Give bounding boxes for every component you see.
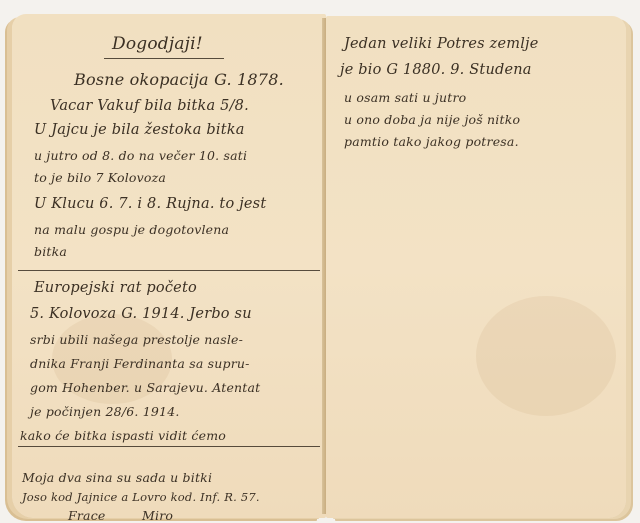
signature-name-2: Miro — [142, 508, 173, 523]
text-line: Vacar Vakuf bila bitka 5/8. — [50, 98, 249, 114]
text-line: U Klucu 6. 7. i 8. Rujna. to jest — [34, 196, 266, 212]
text-line: Jedan veliki Potres zemlje — [344, 36, 539, 52]
page-title: Dogodjaji! — [112, 34, 203, 54]
left-page: Dogodjaji! Bosne okopacija G. 1878. Vaca… — [12, 14, 326, 518]
paper-stain — [476, 296, 616, 416]
right-page: Jedan veliki Potres zemlje je bio G 1880… — [326, 16, 626, 518]
text-line: u ono doba ja nije još nitko — [344, 112, 520, 127]
title-underline — [104, 58, 224, 59]
notebook-spread: Dogodjaji! Bosne okopacija G. 1878. Vaca… — [4, 6, 636, 518]
text-line: Joso kod Jajnice a Lovro kod. Inf. R. 57… — [22, 490, 260, 504]
text-line: dnika Franji Ferdinanta sa supru- — [30, 356, 250, 371]
text-line: pamtio tako jakog potresa. — [344, 134, 519, 149]
text-line: U Jajcu je bila žestoka bitka — [34, 122, 245, 138]
text-line: 5. Kolovoza G. 1914. Jerbo su — [30, 306, 252, 322]
underlined-text-line: kako će bitka ispasti vidit ćemo — [20, 428, 226, 443]
text-line: u osam sati u jutro — [344, 90, 466, 105]
text-line: Moja dva sina su sada u bitki — [22, 470, 212, 485]
text-line: to je bilo 7 Kolovoza — [34, 170, 166, 185]
text-line: je bio G 1880. 9. Studena — [340, 62, 532, 78]
signature-name-1: Frace — [68, 508, 106, 523]
text-line: srbi ubili našega prestolje nasle- — [30, 332, 243, 347]
line-underline — [18, 446, 320, 447]
text-line: bitka — [34, 244, 67, 259]
text-line: u jutro od 8. do na večer 10. sati — [34, 148, 247, 163]
text-line: na malu gospu je dogotovlena — [34, 222, 229, 237]
text-line: je počinjen 28/6. 1914. — [30, 404, 180, 419]
section-divider — [18, 270, 320, 271]
text-line: Europejski rat početo — [34, 280, 197, 296]
text-line: gom Hohenber. u Sarajevu. Atentat — [30, 380, 260, 395]
text-line: Bosne okopacija G. 1878. — [74, 70, 284, 89]
